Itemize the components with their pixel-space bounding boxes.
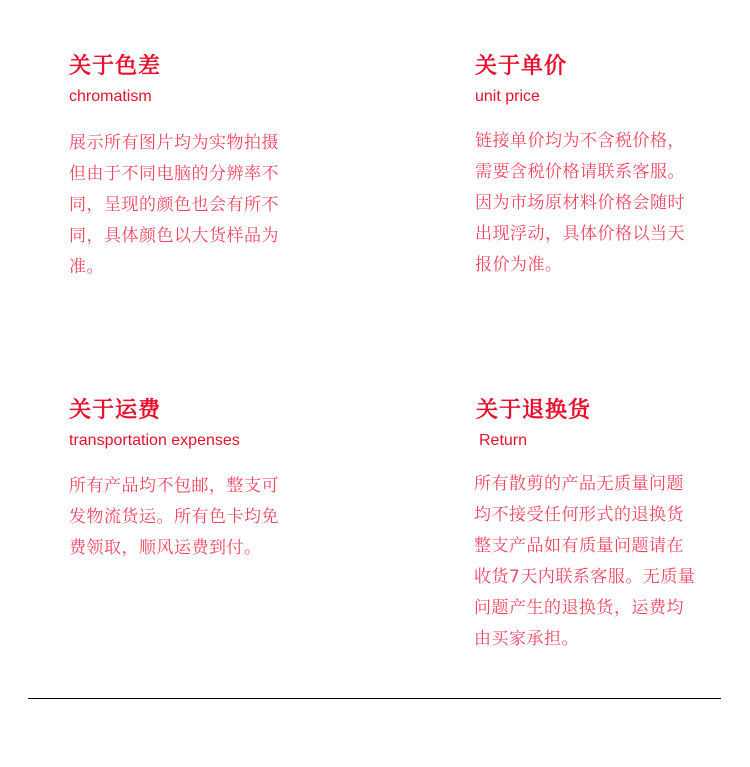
section-subtitle: transportation expenses (69, 431, 309, 451)
section-body: 链接单价均为不含税价格， 需要含税价格请联系客服。 因为市场原材料价格会随时 出… (475, 126, 715, 281)
body-line: 问题产生的退换货，运费均 (474, 593, 716, 624)
section-subtitle: unit price (475, 87, 715, 107)
body-line: 整支产品如有质量问题请在 (474, 531, 716, 562)
section-returns: 关于退换货 Return 所有散剪的产品无质量问题 均不接受任何形式的退换货 整… (476, 396, 716, 655)
section-color-difference: 关于色差 chromatism 展示所有图片均为实物拍摄 但由于不同电脑的分辨率… (69, 52, 299, 283)
body-line: 出现浮动，具体价格以当天 (475, 219, 715, 250)
body-line: 均不接受任何形式的退换货 (474, 500, 716, 531)
divider-line (28, 698, 721, 699)
body-line: 因为市场原材料价格会随时 (475, 188, 715, 219)
body-line: 所有产品均不包邮，整支可 (69, 471, 309, 502)
body-line: 所有散剪的产品无质量问题 (474, 469, 716, 500)
section-title: 关于运费 (69, 396, 309, 426)
body-line: 展示所有图片均为实物拍摄 (69, 128, 299, 159)
body-line: 费领取，顺风运费到付。 (69, 533, 309, 564)
section-body: 所有产品均不包邮，整支可 发物流货运。所有色卡均免 费领取，顺风运费到付。 (69, 471, 309, 564)
section-title: 关于单价 (475, 52, 715, 82)
section-subtitle: Return (479, 431, 716, 451)
section-title: 关于退换货 (476, 396, 716, 426)
body-line: 报价为准。 (475, 250, 715, 281)
section-body: 展示所有图片均为实物拍摄 但由于不同电脑的分辨率不 同，呈现的颜色也会有所不 同… (69, 128, 299, 283)
section-unit-price: 关于单价 unit price 链接单价均为不含税价格， 需要含税价格请联系客服… (475, 52, 715, 281)
section-body: 所有散剪的产品无质量问题 均不接受任何形式的退换货 整支产品如有质量问题请在 收… (474, 469, 716, 655)
body-line: 同，呈现的颜色也会有所不 (69, 190, 299, 221)
body-line: 收货7天内联系客服。无质量 (474, 562, 716, 593)
section-title: 关于色差 (69, 52, 299, 82)
section-subtitle: chromatism (69, 87, 299, 107)
body-line: 同，具体颜色以大货样品为 (69, 221, 299, 252)
body-line: 链接单价均为不含税价格， (475, 126, 715, 157)
body-line: 由买家承担。 (474, 624, 716, 655)
body-line: 发物流货运。所有色卡均免 (69, 502, 309, 533)
body-line: 但由于不同电脑的分辨率不 (69, 159, 299, 190)
body-line: 准。 (69, 252, 299, 283)
section-shipping: 关于运费 transportation expenses 所有产品均不包邮，整支… (69, 396, 309, 564)
body-line: 需要含税价格请联系客服。 (475, 157, 715, 188)
